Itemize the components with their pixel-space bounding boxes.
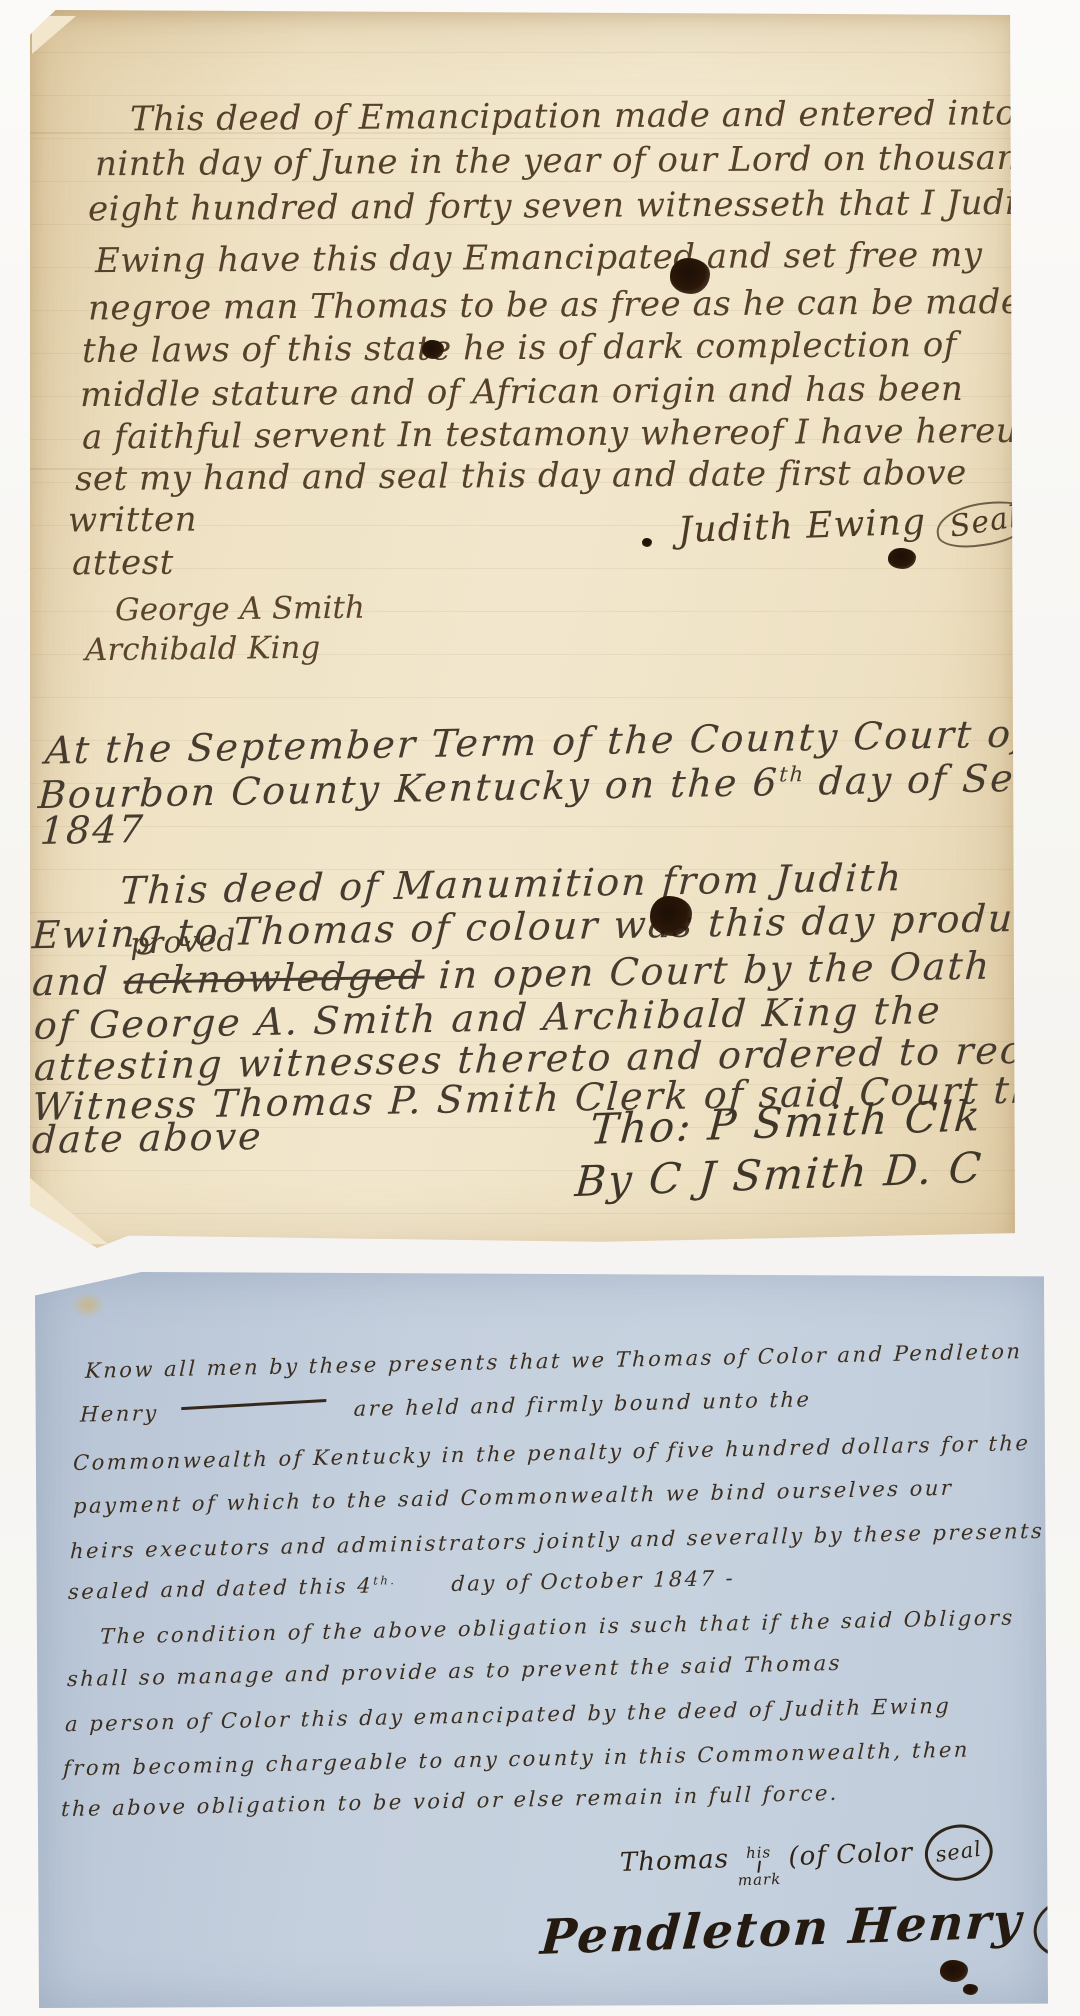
ink-blot bbox=[642, 538, 652, 547]
signature-name: Judith Ewing bbox=[677, 502, 926, 552]
fold-corner-top-left bbox=[32, 16, 76, 54]
of-color-note: (of Color bbox=[788, 1838, 914, 1872]
line-fragment: day of October 1847 - bbox=[451, 1566, 736, 1596]
line-fragment: sealed and dated this 4 bbox=[68, 1574, 374, 1604]
manuscript-line: sealed and dated this 4th.day of October… bbox=[68, 1567, 736, 1604]
line-fragment: Henry bbox=[80, 1401, 159, 1427]
manuscript-line: written bbox=[68, 502, 197, 540]
blank-line-dash bbox=[181, 1399, 326, 1410]
mark-label: mark bbox=[738, 1873, 782, 1888]
line-fragment: day of Septr bbox=[803, 755, 1079, 804]
inserted-word: proved bbox=[129, 923, 236, 962]
seal-flourish: Seal bbox=[933, 495, 1036, 553]
ink-blot bbox=[963, 1984, 978, 1995]
scan-background: This deed of Emancipation made and enter… bbox=[0, 0, 1080, 2016]
manuscript-line: negroe man Thomas to be as free as he ca… bbox=[88, 284, 1075, 328]
line-fragment: and bbox=[31, 959, 125, 1005]
signature-judith-ewing: Judith EwingSeal bbox=[677, 499, 1034, 556]
signature-name: Pendleton Henry bbox=[539, 1893, 1025, 1966]
manuscript-line: The condition of the above obligation is… bbox=[100, 1606, 1015, 1648]
seal-circle: seal bbox=[922, 1820, 997, 1885]
superscript: th. bbox=[373, 1573, 397, 1587]
manuscript-line: payment of which to the said Commonwealt… bbox=[73, 1477, 954, 1519]
manuscript-line: shall so manage and provide as to preven… bbox=[67, 1652, 843, 1691]
struck-word: acknowledged bbox=[122, 953, 425, 1002]
superscript: th bbox=[779, 762, 806, 786]
manuscript-line: a faithful servent In testamony whereof … bbox=[82, 413, 1076, 457]
attest-label: attest bbox=[72, 545, 174, 583]
manuscript-line: This deed of Emancipation made and enter… bbox=[130, 95, 1080, 139]
paper-stain bbox=[71, 1292, 105, 1318]
witness-name: George A Smith bbox=[115, 591, 365, 628]
signature-pendleton-henry: Pendleton HenryLS bbox=[538, 1892, 1080, 1976]
his-mark: hismark bbox=[737, 1846, 782, 1887]
his-label: his bbox=[746, 1847, 772, 1861]
manuscript-line: date above bbox=[31, 1116, 264, 1162]
manuscript-line: middle stature and of African origin and… bbox=[80, 371, 964, 415]
manuscript-line: set my hand and seal this day and date f… bbox=[75, 455, 967, 499]
manuscript-line: the laws of this state he is of dark com… bbox=[82, 327, 957, 370]
fold-corner-bottom-left bbox=[30, 1178, 108, 1244]
manuscript-line: Know all men by these presents that we T… bbox=[85, 1340, 1023, 1383]
ink-blot bbox=[940, 1960, 968, 1982]
manuscript-line: a person of Color this day emancipated b… bbox=[65, 1695, 952, 1737]
manuscript-line: heirs executors and administrators joint… bbox=[70, 1520, 1045, 1564]
seal-circle: LS bbox=[1033, 1892, 1080, 1961]
manuscript-line: the above obligation to be void or else … bbox=[61, 1782, 840, 1821]
gap bbox=[396, 1591, 451, 1592]
ink-blot bbox=[888, 548, 916, 569]
witness-name: Archibald King bbox=[85, 631, 321, 668]
manuscript-line: 1847 bbox=[39, 809, 146, 853]
signature-deputy-clerk: By C J Smith D. C bbox=[574, 1145, 985, 1206]
line-fragment: are held and firmly bound unto the bbox=[353, 1387, 811, 1421]
blue-document: Know all men by these presents that we T… bbox=[35, 1272, 1048, 2008]
signature-name: Thomas bbox=[619, 1844, 729, 1878]
signature-thomas: Thomashismark(of Colorseal bbox=[619, 1824, 994, 1900]
manuscript-line: from becoming chargeable to any county i… bbox=[63, 1738, 971, 1780]
manuscript-line: Henryare held and firmly bound unto the bbox=[80, 1388, 812, 1426]
manuscript-line: Ewing have this day Emancipated and set … bbox=[95, 237, 983, 281]
manuscript-line: eight hundred and forty seven witnesseth… bbox=[88, 185, 1053, 229]
cream-document: This deed of Emancipation made and enter… bbox=[30, 10, 1015, 1248]
manuscript-line: ninth day of June in the year of our Lor… bbox=[95, 140, 1041, 184]
manuscript-line: Commonwealth of Kentucky in the penalty … bbox=[73, 1432, 1031, 1475]
